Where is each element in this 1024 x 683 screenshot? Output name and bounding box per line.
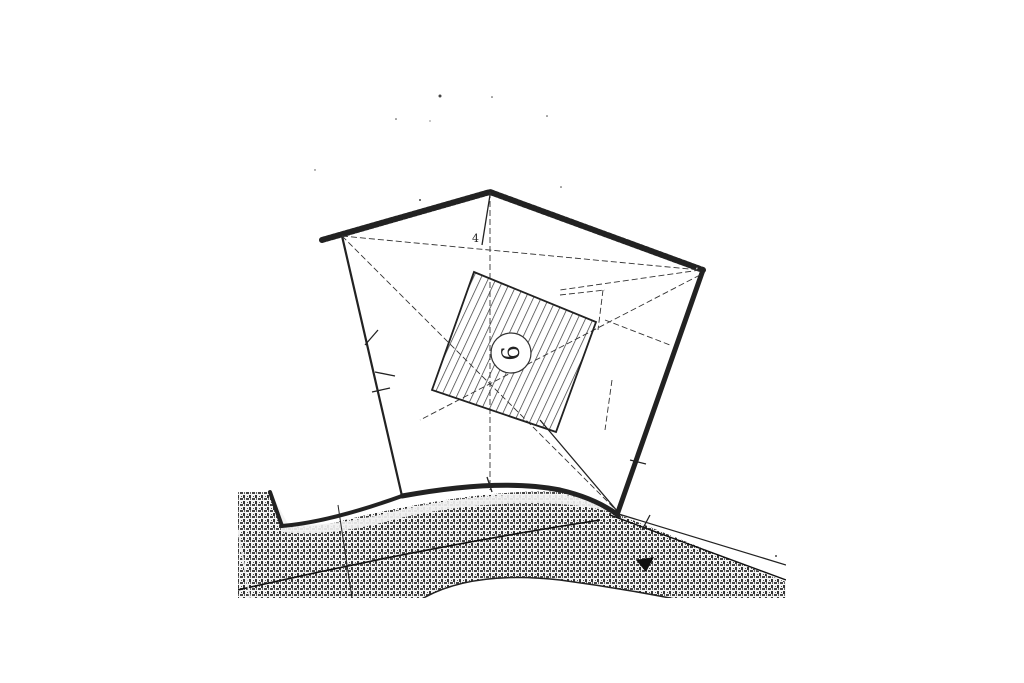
building-footprint: 6 bbox=[432, 272, 596, 432]
edge-mark-label: 4 bbox=[472, 232, 479, 245]
site-plan-drawing: 6 4 bbox=[0, 0, 1024, 683]
parcel-number-label: 6 bbox=[496, 344, 525, 362]
road bbox=[238, 492, 786, 600]
